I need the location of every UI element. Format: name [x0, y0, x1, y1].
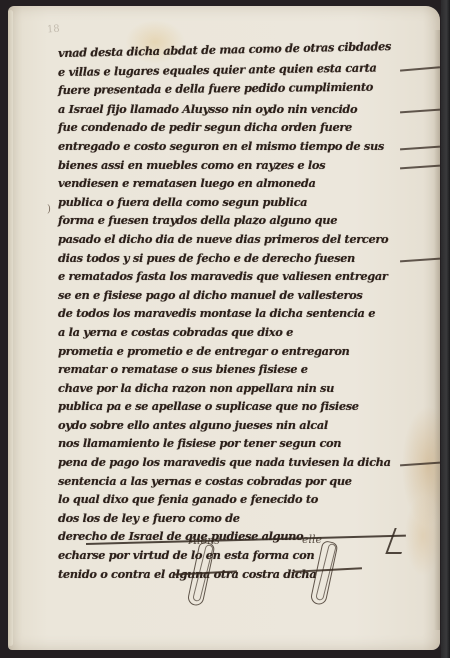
- spine-shadow: [434, 30, 440, 630]
- text-line: publica pa e se apellase o suplicase que…: [58, 397, 418, 416]
- text-line: sentencia a las yernas e costas cobradas…: [58, 472, 418, 491]
- text-line: pasado el dicho dia de nueve dias primer…: [58, 230, 418, 249]
- text-line: publica o fuera della como segun publica: [58, 193, 418, 212]
- signature-text: elle: [302, 533, 322, 546]
- text-line: se en e fisiese pago al dicho manuel de …: [58, 286, 418, 305]
- text-line: lo qual dixo que fenia ganado e fenecido…: [58, 490, 418, 509]
- text-line: nos llamamiento le fisiese por tener seg…: [58, 434, 418, 453]
- signature-rubric-1: Alons: [175, 538, 245, 608]
- page-edge: [8, 10, 13, 646]
- text-line: fue condenado de pedir segun dicha orden…: [58, 118, 418, 137]
- text-line: vendiesen e rematasen luego en almoneda: [58, 174, 418, 193]
- text-line: e rematados fasta los maravedis que vali…: [58, 267, 418, 286]
- text-line: dos los de ley e fuero como de: [58, 509, 418, 528]
- margin-note: ): [47, 204, 51, 215]
- manuscript-text: vnad desta dicha abdat de maa como de ot…: [58, 44, 418, 583]
- text-line: de todos los maravedis montase la dicha …: [58, 304, 418, 323]
- text-line: a Israel fijo llamado Aluysso nin oydo n…: [58, 100, 418, 119]
- signature-rubric-2: elle: [292, 535, 367, 610]
- text-line: pena de pago los maravedis que nada tuvi…: [58, 453, 418, 472]
- text-line: chave por la dicha razon non appellara n…: [58, 379, 418, 398]
- text-line: entregado e costo seguron en el mismo ti…: [58, 137, 418, 156]
- manuscript-scan: 18 ) vnad desta dicha abdat de maa como …: [0, 0, 450, 658]
- folio-number: 18: [47, 24, 60, 36]
- text-line: prometia e prometio e de entregar o entr…: [58, 342, 418, 361]
- text-line: a la yerna e costas cobradas que dixo e: [58, 323, 418, 342]
- text-line: oydo sobre ello antes alguno jueses nin …: [58, 416, 418, 435]
- text-line: fuere presentada e della fuere pedido cu…: [58, 77, 418, 99]
- text-line: forma e fuesen traydos della plazo algun…: [58, 211, 418, 230]
- text-line: bienes assi en muebles como en rayzes e …: [58, 156, 418, 175]
- text-line: rematar o rematase o sus bienes fisiese …: [58, 360, 418, 379]
- text-line: dias todos y si pues de fecho e de derec…: [58, 249, 418, 268]
- binding-edge: [441, 0, 450, 658]
